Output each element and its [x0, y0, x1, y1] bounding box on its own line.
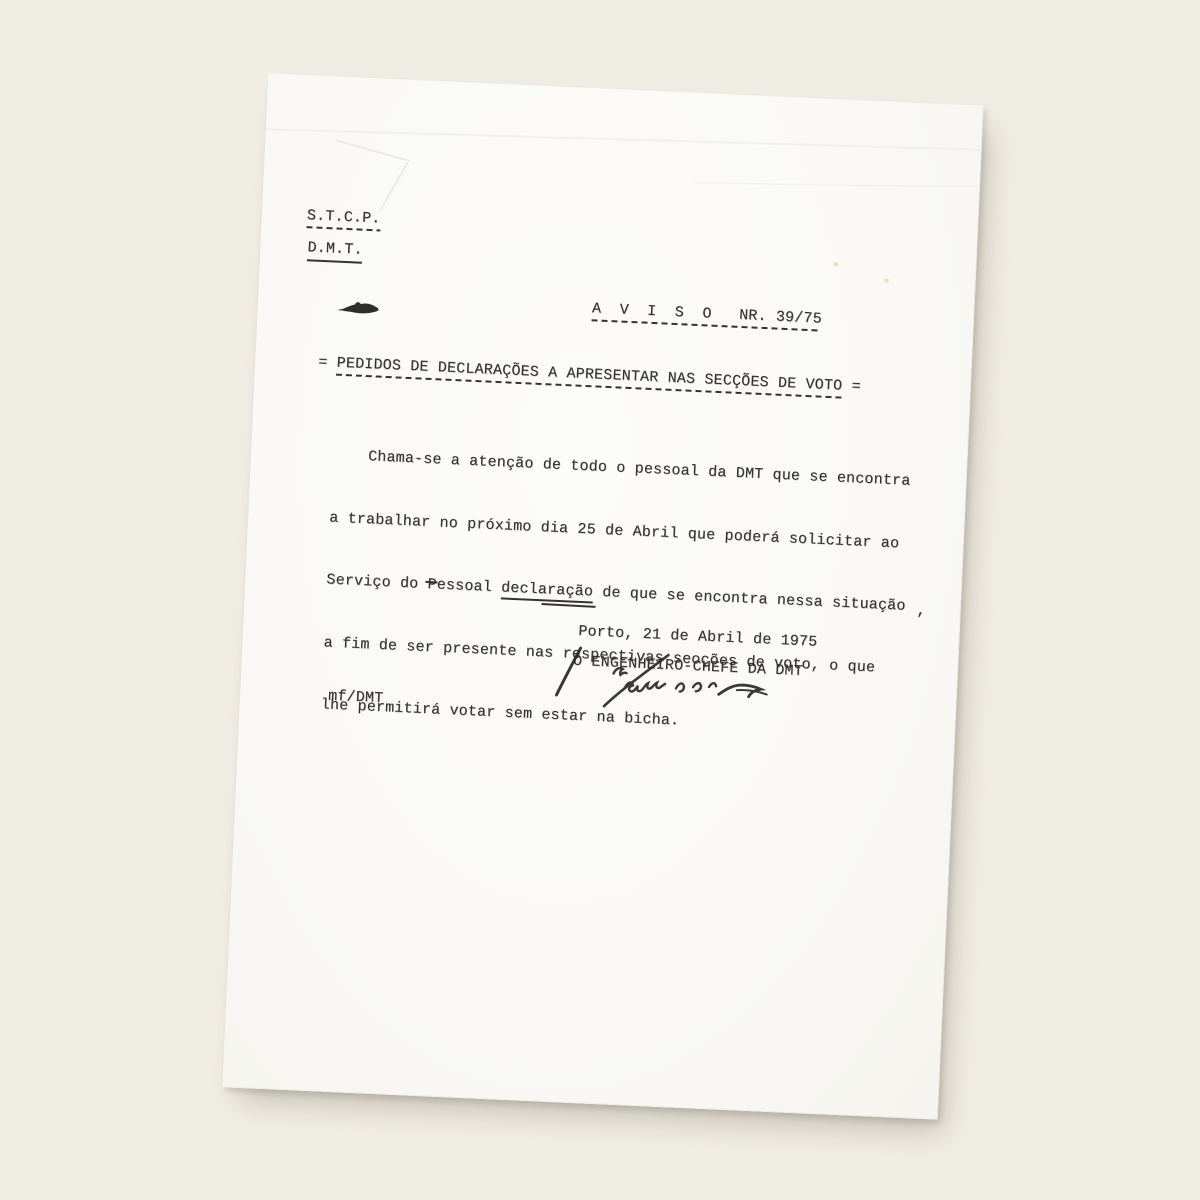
overstruck-p: P [427, 577, 437, 592]
body-line-2: a trabalhar no próximo dia 25 de Abril q… [328, 510, 959, 571]
body-line-3-pre: Serviço do [326, 571, 428, 593]
body-line-1: Chama-se a atenção de todo o pessoal da … [331, 448, 962, 509]
subject-suffix: = [842, 378, 861, 396]
body-line-3: Serviço do Pessoal declaração de que se … [325, 572, 956, 633]
notice-heading-text: A V I S O NR. 39/75 [591, 300, 822, 331]
org-stcp: S.T.C.P. [307, 208, 381, 226]
body-line-3-mid: essoal [436, 576, 501, 596]
displaced-comma: , [907, 602, 926, 620]
body-line-5: lhe permitirá votar sem estar na bicha. [320, 697, 951, 758]
typist-initials: mf/DMT [328, 689, 384, 706]
notice-heading: A V I S O NR. 39/75 [592, 301, 822, 326]
body-line-3-post: de que se encontra nessa situação [593, 584, 906, 615]
org-stcp-text: S.T.C.P. [306, 207, 381, 231]
org-dmt: D.M.T. [307, 240, 363, 257]
subject-heading: = PEDIDOS DE DECLARAÇÕES A APRESENTAR NA… [318, 355, 861, 395]
paper-stain [833, 262, 838, 266]
paper-stain [885, 278, 889, 282]
subject-prefix: = [318, 354, 337, 372]
scan-background: S.T.C.P. D.M.T. A V I S O NR. 39/75 = PE… [0, 0, 1200, 1200]
org-dmt-text: D.M.T. [307, 239, 363, 263]
subject-text: PEDIDOS DE DECLARAÇÕES A APRESENTAR NAS … [336, 355, 843, 399]
ink-smudge [337, 298, 384, 318]
underlined-declaracao: declaração [501, 579, 594, 603]
body-paragraph: Chama-se a atenção de todo o pessoal da … [318, 418, 963, 789]
document-page: S.T.C.P. D.M.T. A V I S O NR. 39/75 = PE… [222, 73, 983, 1119]
